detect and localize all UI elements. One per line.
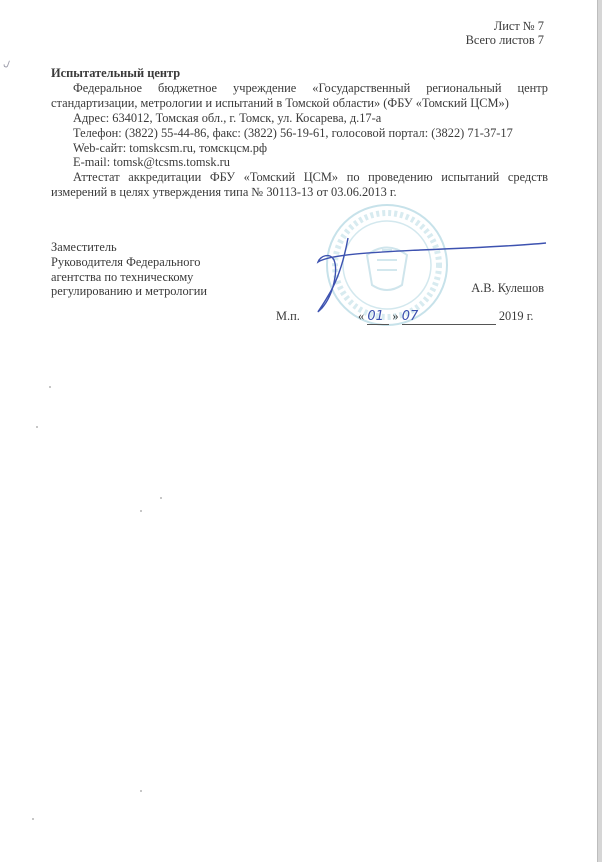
total-sheets: Всего листов 7 <box>466 33 544 47</box>
date-day: 01 <box>367 309 384 324</box>
email-line: E-mail: tomsk@tcsms.tomsk.ru <box>73 155 570 170</box>
signing-date: « 01 » 07 2019 г. <box>358 309 534 325</box>
organization-paragraph: Федеральное бюджетное учреждение «Госуда… <box>51 81 548 111</box>
scan-speck <box>32 818 34 820</box>
seal-label: М.п. <box>276 309 300 324</box>
position-line: агентства по техническому <box>51 270 207 285</box>
date-year: 2019 г. <box>499 309 534 323</box>
handwritten-signature-icon <box>300 230 550 320</box>
scan-speck <box>140 510 142 512</box>
position-line: регулированию и метрологии <box>51 284 207 299</box>
date-day-field: 01 <box>367 309 389 325</box>
margin-mark-icon: ᓚ <box>0 58 13 70</box>
section-title: Испытательный центр <box>51 66 548 81</box>
page-edge <box>597 0 602 862</box>
position-line: Руководителя Федерального <box>51 255 207 270</box>
accreditation-paragraph: Аттестат аккредитации ФБУ «Томский ЦСМ» … <box>51 170 548 200</box>
website-line: Web-сайт: tomskcsm.ru, томскцсм.рф <box>73 141 570 156</box>
position-line: Заместитель <box>51 240 207 255</box>
date-close-quote: » <box>392 309 398 323</box>
document-page: Лист № 7 Всего листов 7 ᓚ Испытательный … <box>0 0 602 862</box>
scan-speck <box>49 386 51 388</box>
accreditation-line-2: измерений в целях утверждения типа № 301… <box>51 185 548 200</box>
contacts-block: Адрес: 634012, Томская обл., г. Томск, у… <box>51 111 570 170</box>
signer-position: Заместитель Руководителя Федерального аг… <box>51 240 207 299</box>
date-month: 07 <box>402 309 419 324</box>
phone-line: Телефон: (3822) 55-44-86, факс: (3822) 5… <box>73 126 570 141</box>
org-line-2: стандартизации, метрологии и испытаний в… <box>51 96 548 111</box>
sheet-number: Лист № 7 <box>466 19 544 33</box>
org-line-1: Федеральное бюджетное учреждение «Госуда… <box>51 81 548 96</box>
scan-speck <box>140 790 142 792</box>
address-line: Адрес: 634012, Томская обл., г. Томск, у… <box>73 111 570 126</box>
date-month-field: 07 <box>402 309 496 325</box>
scan-speck <box>160 497 162 499</box>
date-open-quote: « <box>358 309 364 323</box>
signer-name: А.В. Кулешов <box>471 281 544 296</box>
accreditation-line-1: Аттестат аккредитации ФБУ «Томский ЦСМ» … <box>51 170 548 185</box>
scan-speck <box>36 426 38 428</box>
sheet-info: Лист № 7 Всего листов 7 <box>466 19 544 47</box>
